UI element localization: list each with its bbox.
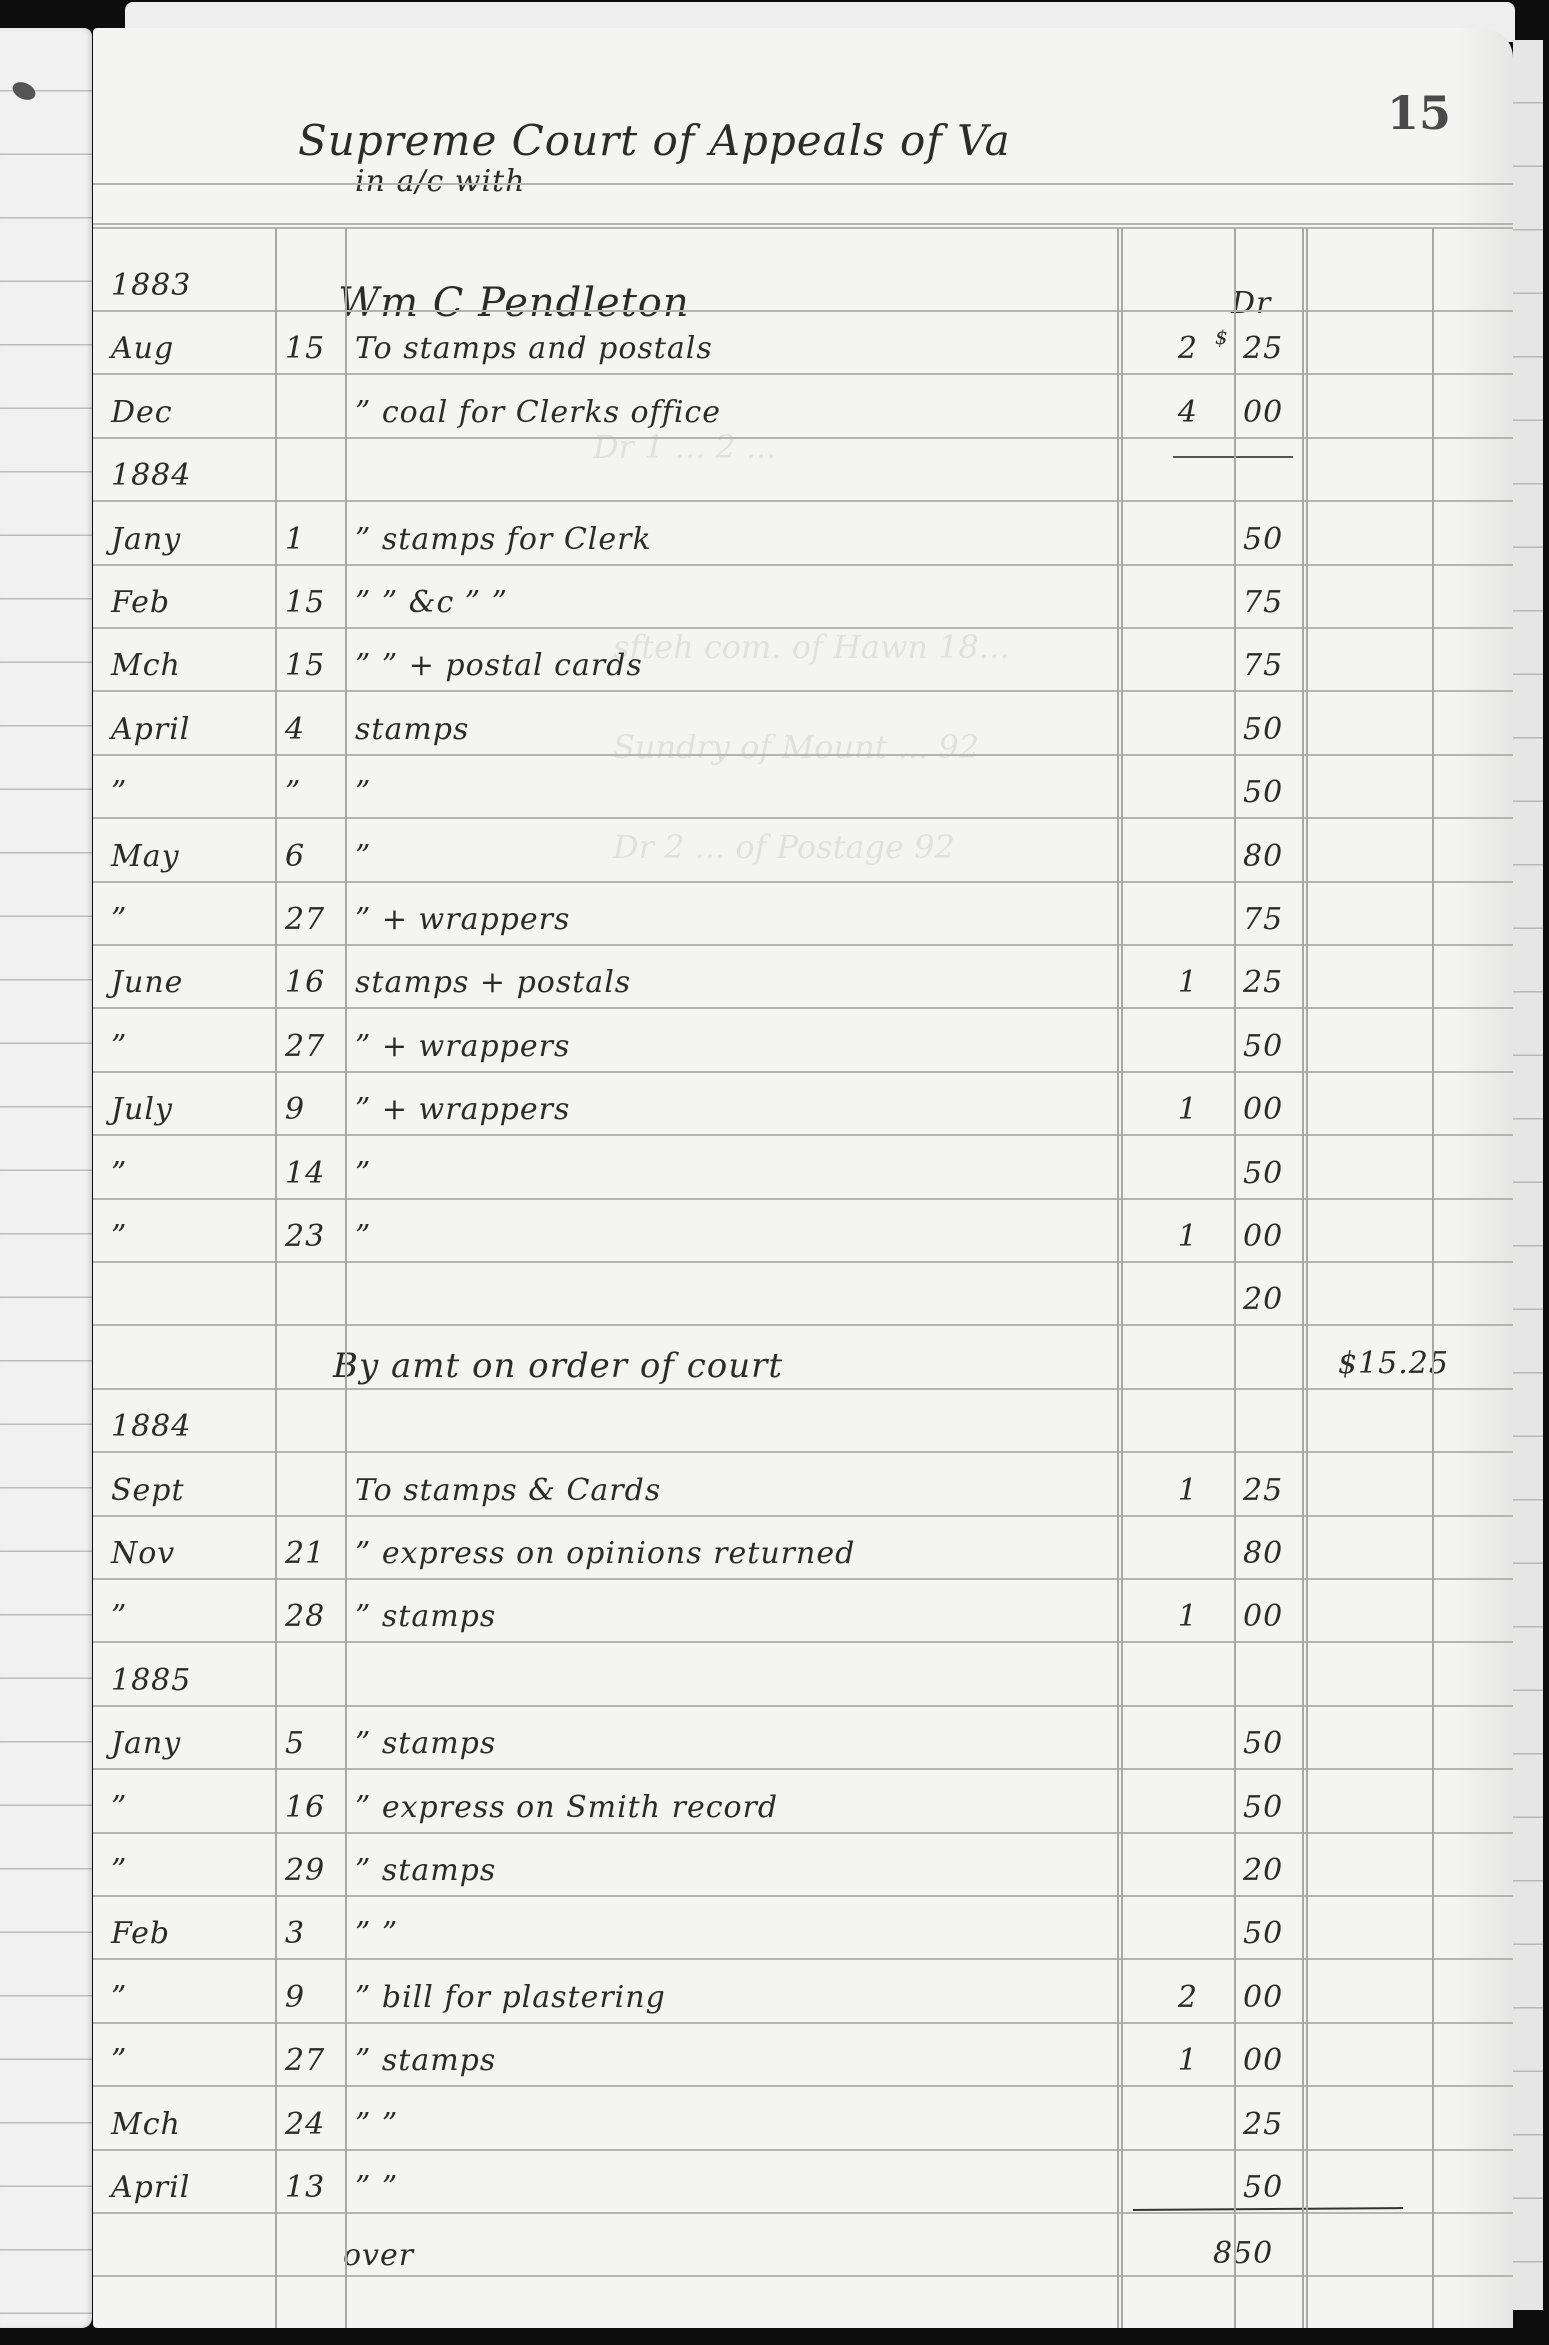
account-name: Wm C Pendleton <box>338 280 690 326</box>
entry-desc: ” ” <box>355 2107 398 2142</box>
entry-cents: 50 <box>1243 1790 1283 1825</box>
entry-cents: 50 <box>1243 2170 1283 2205</box>
entry-cents: 00 <box>1243 1980 1283 2015</box>
entry-day: 24 <box>285 2107 325 2142</box>
right-page-edge <box>1513 40 1543 2310</box>
entry-month: Jany <box>111 1726 181 1761</box>
entry-desc: ” ” + postal cards <box>355 648 643 683</box>
entry-cents: 50 <box>1243 1726 1283 1761</box>
entry-month: April <box>111 2170 190 2205</box>
currency-mark: $ <box>1215 325 1229 349</box>
column-line <box>1432 228 1434 2328</box>
entry-desc: ” ” &c ” ” <box>355 585 508 620</box>
entry-cents: 25 <box>1243 2107 1283 2142</box>
ruling-line <box>93 223 1513 225</box>
ruling-line <box>93 1515 1513 1517</box>
entry-month: ” <box>111 775 127 810</box>
entry-day: 27 <box>285 902 325 937</box>
entry-month: ” <box>111 1853 127 1888</box>
carried-forward-cents: 50 <box>1233 2236 1273 2271</box>
ruling-line <box>93 1324 1513 1326</box>
ruling-line <box>93 2149 1513 2151</box>
ruling-line <box>93 1071 1513 1073</box>
entry-desc: ” <box>355 1156 371 1191</box>
ruling-line <box>93 1388 1513 1390</box>
entry-day: 9 <box>285 1980 305 2015</box>
column-line <box>275 228 277 2328</box>
ruling-line <box>93 500 1513 502</box>
entry-desc: ” stamps for Clerk <box>355 522 652 557</box>
entry-dollars: 1 <box>1178 1092 1198 1127</box>
entry-month: Aug <box>111 331 174 366</box>
ruling-line <box>93 2085 1513 2087</box>
entry-month: ” <box>111 2043 127 2078</box>
entry-month: April <box>111 712 190 747</box>
entry-desc: ” bill for plastering <box>355 1980 666 2015</box>
entry-day: 23 <box>285 1219 325 1254</box>
entry-month: May <box>111 839 180 874</box>
column-line <box>1234 228 1236 2328</box>
ruling-line <box>93 2212 1513 2214</box>
entry-cents: 00 <box>1243 395 1283 430</box>
ruling-line <box>93 564 1513 566</box>
entry-day: 15 <box>285 331 325 366</box>
entry-desc: ” <box>355 839 371 874</box>
ledger-page: 15 Supreme Court of Appeals of Va in a/c… <box>93 28 1513 2328</box>
entry-cents: 20 <box>1243 1853 1283 1888</box>
entry-desc: stamps + postals <box>355 965 631 1000</box>
entry-day: 28 <box>285 1599 325 1634</box>
entry-desc: ” coal for Clerks office <box>355 395 721 430</box>
entry-month: July <box>111 1092 173 1127</box>
entry-cents: 50 <box>1243 1029 1283 1064</box>
entry-day: 9 <box>285 1092 305 1127</box>
entry-dollars: 1 <box>1178 2043 1198 2078</box>
carried-forward-dollars: 8 <box>1213 2236 1233 2271</box>
entry-month: ” <box>111 1029 127 1064</box>
entry-dollars: 2 <box>1178 1980 1198 2015</box>
entry-desc: To stamps and postals <box>355 331 713 366</box>
ruling-line <box>93 373 1513 375</box>
entry-day: 1 <box>285 522 305 557</box>
entry-cents: 50 <box>1243 775 1283 810</box>
entry-dollars: 1 <box>1178 1219 1198 1254</box>
entry-desc: ” + wrappers <box>355 1029 570 1064</box>
total-rule <box>1133 2207 1403 2211</box>
ruling-line <box>93 1641 1513 1643</box>
entry-desc: ” stamps <box>355 1726 496 1761</box>
page-subtitle: in a/c with <box>355 164 525 199</box>
carried-forward-label: over <box>343 2238 414 2273</box>
entry-dollars: 2 <box>1178 331 1198 366</box>
entry-day: 16 <box>285 1790 325 1825</box>
entry-cents: 80 <box>1243 839 1283 874</box>
entry-desc: By amt on order of court <box>333 1346 783 1386</box>
ruling-line <box>93 183 1513 185</box>
ruling-line <box>93 1198 1513 1200</box>
entry-day: 16 <box>285 965 325 1000</box>
debit-label: Dr <box>1231 286 1271 321</box>
entry-month: Mch <box>111 648 181 683</box>
entry-dollars: 1 <box>1178 1599 1198 1634</box>
entry-cents: 75 <box>1243 585 1283 620</box>
entry-cents: 80 <box>1243 1536 1283 1571</box>
column-line <box>1302 228 1304 2328</box>
entry-month: June <box>111 965 183 1000</box>
ruling-line <box>93 227 1513 229</box>
entry-desc: ” stamps <box>355 1599 496 1634</box>
entry-month: Feb <box>111 585 170 620</box>
entry-day: 15 <box>285 648 325 683</box>
column-line <box>345 228 347 2328</box>
ruling-line <box>93 1134 1513 1136</box>
ruling-line <box>93 944 1513 946</box>
entry-month: Sept <box>111 1473 185 1508</box>
entry-desc: ” ” <box>355 2170 398 2205</box>
entry-month: 1884 <box>111 1409 191 1444</box>
ruling-line <box>93 690 1513 692</box>
entry-day: 15 <box>285 585 325 620</box>
entry-month: Jany <box>111 522 181 557</box>
ruling-line <box>93 1895 1513 1897</box>
ruling-line <box>93 627 1513 629</box>
ruling-line <box>93 1261 1513 1263</box>
ink-blot <box>10 79 39 104</box>
entry-desc: ” express on opinions returned <box>355 1536 855 1571</box>
column-line <box>1121 228 1123 2328</box>
entry-day: 27 <box>285 2043 325 2078</box>
entry-cents: 75 <box>1243 902 1283 937</box>
entry-desc: ” + wrappers <box>355 902 570 937</box>
entry-day: 27 <box>285 1029 325 1064</box>
entry-cents: 00 <box>1243 2043 1283 2078</box>
entry-desc: ” <box>355 1219 371 1254</box>
entry-cents: 00 <box>1243 1092 1283 1127</box>
entry-desc: ” ” <box>355 1916 398 1951</box>
entry-desc: ” <box>355 775 371 810</box>
entry-day: 14 <box>285 1156 325 1191</box>
entry-cents: 50 <box>1243 712 1283 747</box>
ruling-line <box>93 1832 1513 1834</box>
ruling-line <box>93 2022 1513 2024</box>
entry-month: ” <box>111 1156 127 1191</box>
ruling-line <box>93 1451 1513 1453</box>
entry-month: Mch <box>111 2107 181 2142</box>
ruling-line <box>93 1768 1513 1770</box>
ruling-line <box>93 2275 1513 2277</box>
ruling-line <box>93 1958 1513 1960</box>
entry-month: ” <box>111 902 127 937</box>
entry-cents: 00 <box>1243 1599 1283 1634</box>
entry-month: ” <box>111 1980 127 2015</box>
entry-month: ” <box>111 1219 127 1254</box>
entry-month: Feb <box>111 1916 170 1951</box>
ruling-line <box>93 754 1513 756</box>
page-number: 15 <box>1387 86 1451 140</box>
column-line <box>1117 228 1119 2328</box>
entry-dollars: 1 <box>1178 1473 1198 1508</box>
entry-month: ” <box>111 1790 127 1825</box>
entry-desc: ” stamps <box>355 1853 496 1888</box>
entry-day: 3 <box>285 1916 305 1951</box>
entry-month: 1884 <box>111 458 191 493</box>
ruling-line <box>93 881 1513 883</box>
entry-cents: 25 <box>1243 331 1283 366</box>
entry-cents: 75 <box>1243 648 1283 683</box>
entry-day: 6 <box>285 839 305 874</box>
entry-day: 21 <box>285 1536 325 1571</box>
entry-month: ” <box>111 1599 127 1634</box>
entry-desc: ” + wrappers <box>355 1092 570 1127</box>
ruling-line <box>93 1007 1513 1009</box>
entry-month: Nov <box>111 1536 175 1571</box>
entry-desc: ” stamps <box>355 2043 496 2078</box>
entry-month: Dec <box>111 395 173 430</box>
entry-day: 5 <box>285 1726 305 1761</box>
entry-day: 13 <box>285 2170 325 2205</box>
left-page-edge <box>0 28 92 2328</box>
entry-month: 1885 <box>111 1663 191 1698</box>
entry-cents: 25 <box>1243 965 1283 1000</box>
entry-cents: 00 <box>1243 1219 1283 1254</box>
entry-cents: 50 <box>1243 522 1283 557</box>
column-line <box>1306 228 1308 2328</box>
page-title: Supreme Court of Appeals of Va <box>298 116 1011 165</box>
entry-day: 29 <box>285 1853 325 1888</box>
ruling-line <box>93 817 1513 819</box>
entry-day: ” <box>285 775 301 810</box>
entry-desc: To stamps & Cards <box>355 1473 661 1508</box>
entry-month: 1883 <box>111 268 191 303</box>
ruling-line <box>93 1578 1513 1580</box>
entry-cents: 50 <box>1243 1916 1283 1951</box>
entry-cents: 20 <box>1243 1282 1283 1317</box>
entry-cents: 25 <box>1243 1473 1283 1508</box>
entry-cents: 50 <box>1243 1156 1283 1191</box>
ruling-line <box>93 310 1513 312</box>
entry-dollars: 4 <box>1178 395 1198 430</box>
entry-desc: ” express on Smith record <box>355 1790 778 1825</box>
ruling-line <box>93 437 1513 439</box>
entry-desc: stamps <box>355 712 469 747</box>
ruling-line <box>93 1705 1513 1707</box>
subtotal-rule <box>1173 456 1293 458</box>
entry-day: 4 <box>285 712 305 747</box>
entry-dollars: 1 <box>1178 965 1198 1000</box>
